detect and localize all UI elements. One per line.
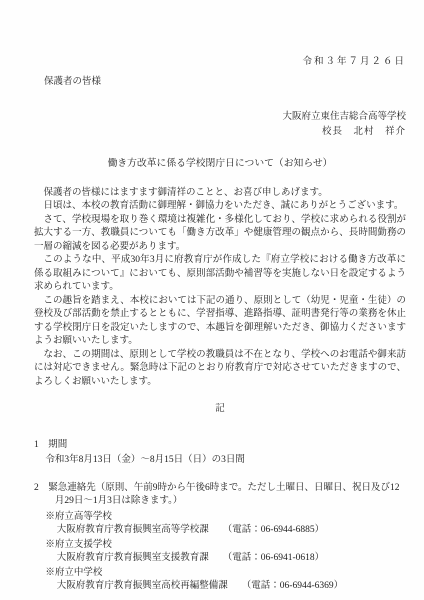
sender-principal-name: 校長 北村 祥介 xyxy=(34,126,406,140)
document-title: 働き方改革に係る学校閉庁日について（お知らせ） xyxy=(34,157,406,171)
contact-category: ※府立支援学校 xyxy=(45,539,406,553)
contact-office: 大阪府教育庁教育振興室高等学校課 xyxy=(57,525,209,535)
contact-office: 大阪府教育庁教育振興室高校再編整備課 xyxy=(57,581,228,591)
body-paragraph: なお、この期間は、原則として学校の教職員は不在となり、学校へのお電話や御来訪には… xyxy=(34,349,406,390)
contact-phone: （電話：06-6944-6369） xyxy=(242,581,343,591)
body-paragraph: このような中、平成30年3月に府教育庁が作成した『府立学校における働き方改革に係… xyxy=(34,254,406,295)
body-text: 保護者の皆様にはますます御清祥のことと、お喜び申しあげます。 日頃は、本校の教育… xyxy=(34,187,406,390)
section-emergency-contacts: 2緊急連絡先（原則、午前9時から午後6時まで。ただし土曜日、日曜日、祝日及び12… xyxy=(34,482,406,594)
section-number: 1 xyxy=(34,440,39,450)
document-page: 令和３年７月２６日 保護者の皆様 大阪府立東住吉総合高等学校 校長 北村 祥介 … xyxy=(0,0,424,600)
body-paragraph: この趣旨を踏まえ、本校においては下記の通り、原則として（幼児・児童・生徒）の登校… xyxy=(34,295,406,349)
section-number: 2 xyxy=(34,483,39,493)
addressee: 保護者の皆様 xyxy=(44,76,406,90)
sender-block: 大阪府立東住吉総合高等学校 校長 北村 祥介 xyxy=(34,111,406,139)
period-value: 令和3年8月13日（金）～8月15日（日）の3日間 xyxy=(45,454,406,468)
contact-detail: 大阪府教育庁教育振興室支援教育課（電話：06-6941-0618） xyxy=(57,552,406,566)
record-marker: 記 xyxy=(34,403,406,417)
body-paragraph: 保護者の皆様にはますます御清祥のことと、お喜び申しあげます。 xyxy=(34,187,406,201)
contact-category: ※府立中学校 xyxy=(45,567,406,581)
section-period-heading: 1期間 xyxy=(34,439,406,453)
contact-detail: 大阪府教育庁教育振興室高校再編整備課（電話：06-6944-6369） xyxy=(57,580,406,594)
section-period: 1期間 令和3年8月13日（金）～8月15日（日）の3日間 xyxy=(34,439,406,468)
contact-detail: 大阪府教育庁教育振興室高等学校課（電話：06-6944-6885） xyxy=(57,524,406,538)
contact-phone: （電話：06-6941-0618） xyxy=(223,553,324,563)
sender-school-name: 大阪府立東住吉総合高等学校 xyxy=(34,111,406,125)
document-date: 令和３年７月２６日 xyxy=(34,56,406,70)
contact-phone: （電話：06-6944-6885） xyxy=(223,525,324,535)
section-heading-text: 緊急連絡先（原則、午前9時から午後6時まで。ただし土曜日、日曜日、祝日及び12月… xyxy=(48,483,399,507)
section-contacts-heading: 2緊急連絡先（原則、午前9時から午後6時まで。ただし土曜日、日曜日、祝日及び12… xyxy=(34,482,406,509)
contact-category: ※府立高等学校 xyxy=(45,511,406,525)
section-heading-text: 期間 xyxy=(48,440,67,450)
body-paragraph: 日頃は、本校の教育活動に御理解・御協力をいただき、誠にありがとうございます。 xyxy=(34,200,406,214)
contact-office: 大阪府教育庁教育振興室支援教育課 xyxy=(57,553,209,563)
contact-list: ※府立高等学校 大阪府教育庁教育振興室高等学校課（電話：06-6944-6885… xyxy=(45,511,406,594)
body-paragraph: さて、学校現場を取り巻く環境は複雑化・多様化しており、学校に求められる役割が拡大… xyxy=(34,214,406,255)
